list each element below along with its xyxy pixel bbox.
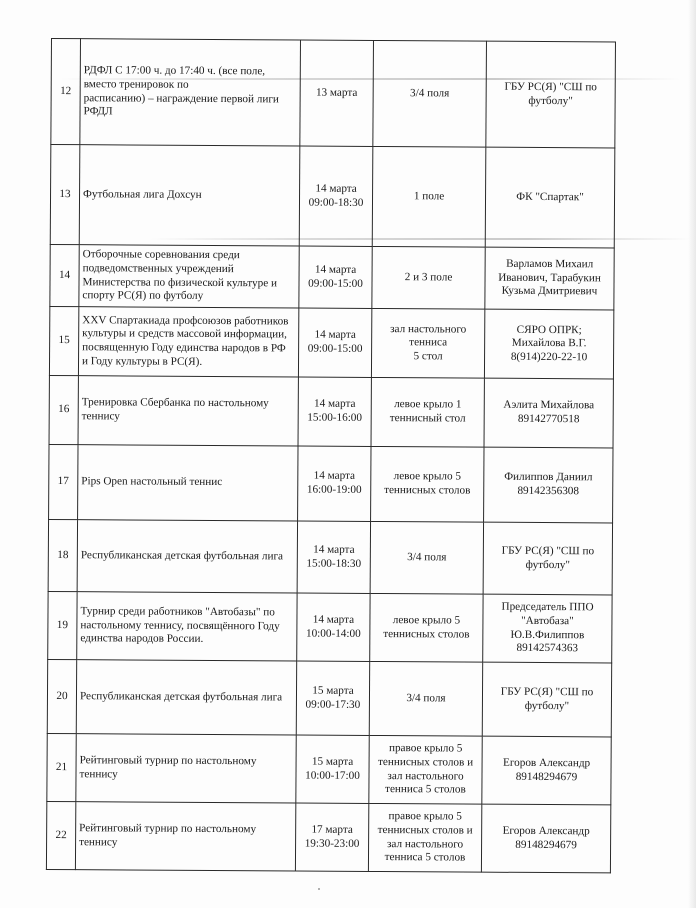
date-time-cell-text: 13 марта bbox=[304, 86, 370, 100]
table-row: 18Республиканская детская футбольная лиг… bbox=[48, 519, 612, 594]
organizer-cell-text: Председатель ППО bbox=[486, 601, 608, 615]
page-edge-shadow bbox=[688, 0, 696, 908]
organizer-cell: Филиппов Даниил89142356308 bbox=[484, 447, 613, 523]
event-name-cell-text: Республиканская детская футбольная лига bbox=[81, 549, 294, 564]
venue-cell-text: 5 стол bbox=[375, 350, 481, 364]
event-name-cell-text: спорту РС(Я) по футболу bbox=[82, 289, 295, 304]
venue-cell-text: правое крыло 5 bbox=[372, 810, 478, 824]
organizer-cell-text: Аэлита Михайлова bbox=[488, 399, 610, 413]
organizer-cell-text: футболу" bbox=[487, 558, 609, 572]
row-number-text: 13 bbox=[54, 188, 76, 202]
date-time-cell-text: 14 марта bbox=[303, 263, 369, 277]
event-name-cell-text: расписанию) – награждение первой лиги bbox=[84, 92, 297, 107]
row-number: 19 bbox=[48, 591, 77, 659]
event-name-cell: Тренировка Сбербанка по настольномутенни… bbox=[78, 376, 298, 446]
date-time-cell: 15 марта09:00-17:30 bbox=[296, 661, 369, 735]
organizer-cell: ГБУ РС(Я) "СШ пофутболу" bbox=[482, 662, 611, 737]
table-row: 17Pips Open настольный теннис14 марта16:… bbox=[49, 444, 613, 522]
venue-cell: 2 и 3 поле bbox=[372, 246, 485, 309]
organizer-cell-text: Филиппов Даниил bbox=[487, 471, 609, 485]
venue-cell: 3/4 поля bbox=[373, 40, 487, 147]
event-name-cell-text: теннису bbox=[82, 410, 295, 425]
event-name-cell-text: Рейтинговый турнир по настольному bbox=[79, 822, 292, 837]
date-time-cell-text: 15 марта bbox=[300, 684, 366, 698]
event-name-cell: Республиканская детская футбольная лига bbox=[77, 520, 297, 593]
organizer-cell-text: СЯРО ОПРК; bbox=[488, 323, 610, 337]
organizer-cell-text: 89148294679 bbox=[485, 770, 607, 784]
organizer-cell: Аэлита Михайлова89142770518 bbox=[484, 378, 613, 448]
venue-cell: левое крыло 5теннисных столов bbox=[370, 593, 483, 662]
table-row: 20Республиканская детская футбольная лиг… bbox=[47, 659, 611, 736]
event-name-cell: Рейтинговый турнир по настольномутеннису bbox=[76, 734, 296, 803]
venue-cell-text: 3/4 поля bbox=[373, 692, 479, 706]
venue-cell-text: 3/4 поля bbox=[374, 551, 480, 565]
row-number-text: 22 bbox=[50, 829, 72, 843]
venue-cell-text: тенниса bbox=[375, 336, 481, 350]
organizer-cell: Егоров Александр89148294679 bbox=[482, 736, 611, 805]
event-name-cell-text: посвященную Году единства народов в РФ bbox=[82, 341, 295, 356]
date-time-cell-text: 14 марта bbox=[300, 613, 366, 627]
date-time-cell-text: 09:00-18:30 bbox=[303, 196, 369, 210]
venue-cell-text: правое крыло 5 bbox=[373, 742, 479, 756]
organizer-cell: СЯРО ОПРК;Михайлова В.Г.8(914)220-22-10 bbox=[484, 309, 613, 379]
date-time-cell-text: 15:00-18:30 bbox=[301, 557, 367, 571]
organizer-cell-text: 89148294679 bbox=[485, 838, 607, 852]
row-number-text: 18 bbox=[52, 549, 74, 563]
date-time-cell: 15 марта10:00-17:00 bbox=[296, 735, 369, 803]
venue-cell: левое крыло 1теннисный стол bbox=[371, 377, 484, 447]
event-name-cell-text: единства народов России. bbox=[80, 632, 293, 647]
organizer-cell-text: Иванович, Тарабукин bbox=[488, 271, 610, 285]
row-number: 16 bbox=[49, 375, 78, 444]
date-time-cell-text: 15 марта bbox=[300, 755, 366, 769]
date-time-cell-text: 14 марта bbox=[301, 470, 367, 484]
date-time-cell-text: 10:00-14:00 bbox=[300, 627, 366, 641]
event-name-cell-text: и Году культуры в РС(Я). bbox=[82, 355, 295, 370]
row-number-text: 16 bbox=[53, 403, 75, 417]
venue-cell-text: теннисный стол bbox=[375, 412, 481, 426]
venue-cell-text: левое крыло 1 bbox=[375, 398, 481, 412]
venue-cell-text: теннисных столов и bbox=[373, 756, 479, 770]
venue-cell-text: 1 поле bbox=[376, 190, 482, 204]
organizer-cell-text: 89142574363 bbox=[486, 642, 608, 656]
venue-cell-text: зал настольного bbox=[372, 837, 478, 851]
scan-speck bbox=[318, 888, 320, 890]
organizer-cell-text: ФК "Спартак" bbox=[489, 190, 611, 204]
date-time-cell-text: 14 марта bbox=[301, 543, 367, 557]
event-name-cell-text: Рейтинговый турнир по настольному bbox=[80, 754, 293, 769]
date-time-cell-text: 19:30-23:00 bbox=[299, 837, 365, 851]
date-time-cell-text: 16:00-19:00 bbox=[301, 484, 367, 498]
date-time-cell: 14 марта09:00-15:00 bbox=[299, 246, 372, 308]
event-name-cell: Футбольная лига Дохсун bbox=[79, 145, 300, 246]
venue-cell-text: зал настольного bbox=[375, 323, 481, 337]
event-name-cell-text: вместо тренировок по bbox=[84, 78, 297, 93]
row-number: 12 bbox=[51, 39, 81, 145]
venue-cell: зал настольноготенниса5 стол bbox=[371, 308, 484, 378]
organizer-cell-text: Варламов Михаил bbox=[489, 258, 611, 272]
venue-cell-text: тенниса 5 столов bbox=[372, 783, 478, 797]
event-name-cell: Отборочные соревнования средиподведомств… bbox=[79, 245, 299, 308]
row-number: 15 bbox=[49, 306, 78, 375]
date-time-cell-text: 14 марта bbox=[302, 398, 368, 412]
organizer-cell: Егоров Александр89148294679 bbox=[481, 804, 610, 873]
date-time-cell: 14 марта15:00-18:30 bbox=[297, 521, 370, 593]
row-number: 21 bbox=[47, 733, 76, 801]
event-name-cell: РДФЛ С 17:00 ч. до 17:40 ч. (все поле,вм… bbox=[80, 39, 301, 146]
organizer-cell-text: "Автобаза" bbox=[486, 615, 608, 629]
venue-cell-text: теннисных столов bbox=[374, 484, 480, 498]
venue-cell: правое крыло 5теннисных столов изал наст… bbox=[369, 735, 482, 804]
event-name-cell-text: XXV Спартакиада профсоюзов работников bbox=[82, 314, 295, 329]
row-number: 20 bbox=[47, 659, 76, 733]
venue-cell-text: тенниса 5 столов bbox=[372, 851, 478, 865]
row-number-text: 12 bbox=[55, 85, 77, 99]
date-time-cell: 14 марта09:00-18:30 bbox=[299, 146, 373, 246]
organizer-cell-text: Егоров Александр bbox=[485, 825, 607, 839]
organizer-cell-text: 8(914)220-22-10 bbox=[488, 350, 610, 364]
row-number: 13 bbox=[50, 145, 80, 245]
date-time-cell: 14 марта15:00-16:00 bbox=[298, 377, 371, 446]
table-row: 12РДФЛ С 17:00 ч. до 17:40 ч. (все поле,… bbox=[51, 39, 616, 148]
event-name-cell-text: Турнир среди работников "Автобазы" по bbox=[80, 605, 293, 620]
organizer-cell-text: ГБУ РС(Я) "СШ по bbox=[486, 686, 608, 700]
venue-cell-text: зал настольного bbox=[372, 769, 478, 783]
event-name-cell-text: теннису bbox=[79, 836, 292, 851]
table-row: 16Тренировка Сбербанка по настольномутен… bbox=[49, 375, 613, 447]
event-name-cell-text: Республиканская детская футбольная лига bbox=[80, 690, 293, 705]
venue-cell-text: левое крыло 5 bbox=[374, 470, 480, 484]
event-name-cell-text: теннису bbox=[79, 768, 292, 783]
event-name-cell: Pips Open настольный теннис bbox=[78, 445, 298, 521]
organizer-cell-text: футболу" bbox=[490, 94, 612, 108]
venue-cell-text: теннисных столов и bbox=[372, 824, 478, 838]
organizer-cell-text: Михайлова В.Г. bbox=[488, 337, 610, 351]
venue-cell-text: теннисных столов bbox=[373, 627, 479, 641]
date-time-cell: 14 марта16:00-19:00 bbox=[298, 446, 371, 521]
date-time-cell-text: 09:00-15:00 bbox=[302, 343, 368, 357]
event-name-cell-text: культуры и средств массовой информации, bbox=[82, 328, 295, 343]
date-time-cell-text: 14 марта bbox=[303, 182, 369, 196]
table-row: 21Рейтинговый турнир по настольномутенни… bbox=[47, 733, 611, 804]
organizer-cell-text: футболу" bbox=[486, 699, 608, 713]
venue-cell-text: 2 и 3 поле bbox=[376, 271, 482, 285]
organizer-cell-text: Ю.В.Филиппов bbox=[486, 628, 608, 642]
schedule-table: 12РДФЛ С 17:00 ч. до 17:40 ч. (все поле,… bbox=[46, 38, 616, 873]
event-name-cell: XXV Спартакиада профсоюзов работниковкул… bbox=[78, 307, 298, 377]
event-name-cell-text: подведомственных учреждений bbox=[83, 262, 296, 277]
event-name-cell-text: Pips Open настольный теннис bbox=[81, 475, 294, 490]
date-time-cell-text: 09:00-17:30 bbox=[300, 698, 366, 712]
date-time-cell-text: 09:00-15:00 bbox=[302, 277, 368, 291]
row-number: 17 bbox=[49, 444, 78, 519]
organizer-cell-text: ГБУ РС(Я) "СШ по bbox=[490, 81, 612, 95]
venue-cell-text: левое крыло 5 bbox=[373, 614, 479, 628]
table-row: 22Рейтинговый турнир по настольномутенни… bbox=[46, 801, 610, 872]
organizer-cell-text: Егоров Александр bbox=[486, 757, 608, 771]
organizer-cell-text: 89142770518 bbox=[488, 413, 610, 427]
organizer-cell-text: ГБУ РС(Я) "СШ по bbox=[487, 545, 609, 559]
row-number: 22 bbox=[46, 801, 75, 869]
date-time-cell-text: 10:00-17:00 bbox=[299, 769, 365, 783]
date-time-cell: 14 марта10:00-14:00 bbox=[297, 593, 370, 661]
venue-cell: правое крыло 5теннисных столов изал наст… bbox=[368, 803, 481, 872]
date-time-cell: 13 марта bbox=[300, 40, 374, 146]
event-name-cell: Турнир среди работников "Автобазы" понас… bbox=[77, 592, 297, 661]
event-name-cell-text: Тренировка Сбербанка по настольному bbox=[82, 397, 295, 412]
event-name-cell-text: настольному теннису, посвящённого Году bbox=[80, 619, 293, 634]
table-row: 15XXV Спартакиада профсоюзов работниковк… bbox=[49, 306, 613, 378]
table-row: 19Турнир среди работников "Автобазы" пон… bbox=[48, 591, 612, 662]
scanned-page: 12РДФЛ С 17:00 ч. до 17:40 ч. (все поле,… bbox=[0, 0, 696, 908]
date-time-cell: 14 марта09:00-15:00 bbox=[298, 308, 371, 377]
organizer-cell: Варламов МихаилИванович, ТарабукинКузьма… bbox=[485, 247, 614, 310]
organizer-cell-text: 89142356308 bbox=[487, 485, 609, 499]
row-number-text: 14 bbox=[54, 269, 76, 283]
venue-cell: 3/4 поля bbox=[370, 521, 483, 594]
table-row: 14Отборочные соревнования средиподведомс… bbox=[50, 244, 614, 309]
event-name-cell: Рейтинговый турнир по настольномутеннису bbox=[75, 802, 295, 871]
row-number: 18 bbox=[48, 519, 77, 591]
venue-cell: 1 поле bbox=[372, 146, 486, 247]
organizer-cell: ГБУ РС(Я) "СШ пофутболу" bbox=[486, 41, 616, 148]
event-name-cell: Республиканская детская футбольная лига bbox=[76, 660, 296, 735]
event-name-cell-text: РФДЛ bbox=[84, 105, 297, 120]
venue-cell: левое крыло 5теннисных столов bbox=[371, 446, 484, 522]
row-number-text: 17 bbox=[52, 475, 74, 489]
row-number-text: 21 bbox=[51, 761, 73, 775]
venue-cell: 3/4 поля bbox=[369, 661, 482, 736]
row-number-text: 15 bbox=[53, 334, 75, 348]
organizer-cell-text: Кузьма Дмитриевич bbox=[488, 285, 610, 299]
table-row: 13Футбольная лига Дохсун14 марта09:00-18… bbox=[50, 145, 615, 248]
organizer-cell: Председатель ППО"Автобаза"Ю.В.Филиппов89… bbox=[483, 594, 612, 663]
date-time-cell-text: 14 марта bbox=[302, 329, 368, 343]
organizer-cell: ГБУ РС(Я) "СШ пофутболу" bbox=[483, 522, 612, 595]
row-number-text: 20 bbox=[51, 690, 73, 704]
event-name-cell-text: Министерства по физической культуре и bbox=[82, 276, 295, 291]
row-number-text: 19 bbox=[51, 619, 73, 633]
event-name-cell-text: РДФЛ С 17:00 ч. до 17:40 ч. (все поле, bbox=[84, 65, 297, 80]
date-time-cell: 17 марта19:30-23:00 bbox=[295, 803, 368, 871]
row-number: 14 bbox=[50, 244, 79, 306]
venue-cell-text: 3/4 поля bbox=[377, 87, 483, 101]
organizer-cell: ФК "Спартак" bbox=[485, 147, 615, 248]
event-name-cell-text: Отборочные соревнования среди bbox=[83, 249, 296, 264]
date-time-cell-text: 15:00-16:00 bbox=[302, 412, 368, 426]
event-name-cell-text: Футбольная лига Дохсун bbox=[83, 188, 296, 203]
date-time-cell-text: 17 марта bbox=[299, 823, 365, 837]
